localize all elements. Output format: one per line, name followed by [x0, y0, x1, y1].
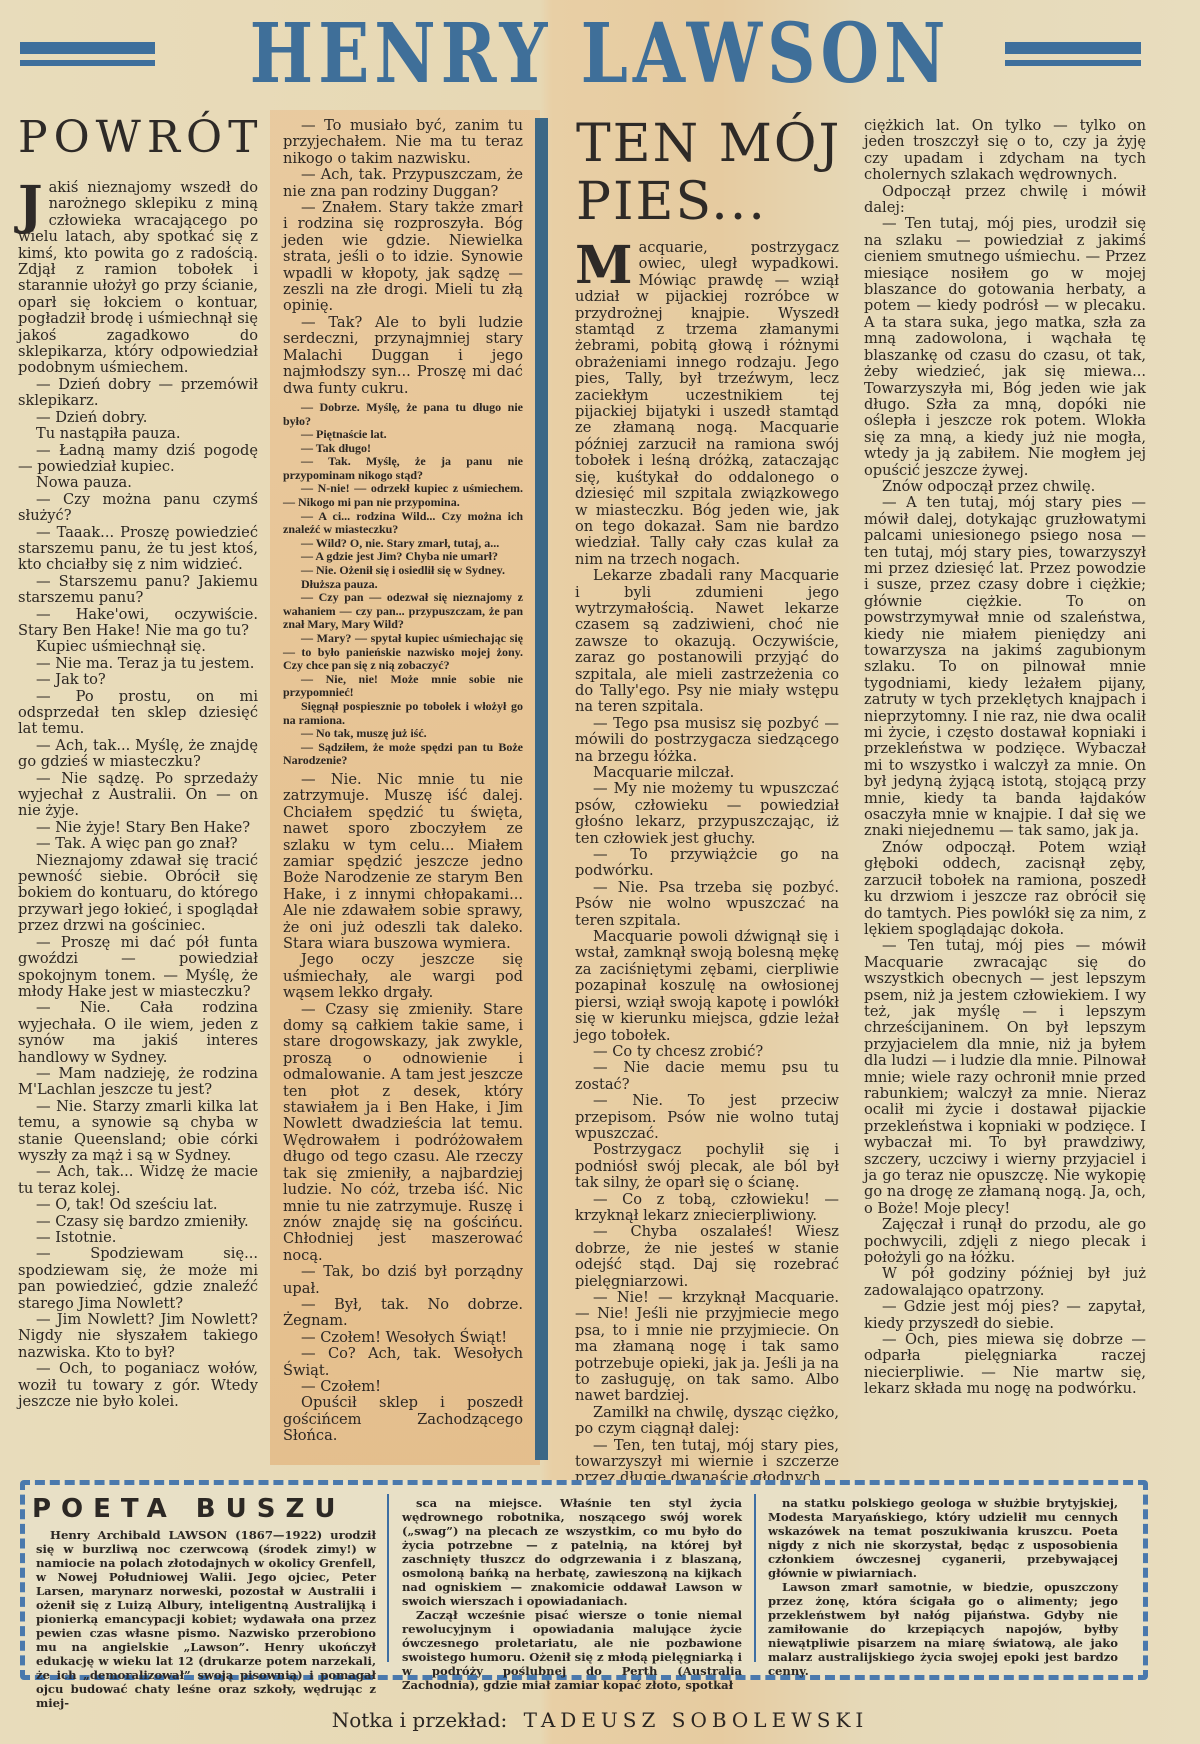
paragraph: — N-nie! — odrzekł kupiec z uśmiechem. —…: [283, 482, 523, 509]
story2-title-line1: TEN MÓJ: [576, 114, 841, 174]
story1-col2-small-text: — Dobrze. Myślę, że pana tu długo nie by…: [283, 401, 523, 768]
bio-box-column-2: sca na miejsce. Właśnie ten styl życia w…: [402, 1496, 742, 1692]
paragraph: Odpoczął przez chwilę i mówił dalej:: [864, 184, 1146, 217]
paragraph: — Tak. A więc pan go znał?: [18, 836, 258, 852]
paragraph: — Nie. Psa trzeba się pozbyć. Psów nie w…: [575, 880, 839, 929]
paragraph: Zaczął wcześnie pisać wiersze o tonie ni…: [402, 1608, 742, 1692]
paragraph: Znów odpoczął. Potem wziął głęboki oddec…: [864, 840, 1146, 938]
story1-column-1: J akiś nieznajomy wszedł do narożnego sk…: [18, 180, 258, 1410]
paragraph: — Tak długo!: [283, 442, 523, 456]
paragraph: — Ach, tak... Myślę, że znajdę go gdzieś…: [18, 738, 258, 771]
bio-box-title: POETA BUSZU: [32, 1494, 345, 1524]
translator-credit: Notka i przekład: TADEUSZ SOBOLEWSKI: [0, 1708, 1200, 1732]
paragraph: acquarie, postrzygacz owiec, uległ wypad…: [575, 240, 839, 568]
bio-box-column-3: na statku polskiego geologa w służbie br…: [768, 1496, 1118, 1678]
paragraph: — To musiało być, zanim tu przyjechałem.…: [283, 118, 523, 167]
story1-col2-bottom-text: — Nie. Nic mnie tu nie zatrzymuje. Muszę…: [283, 772, 523, 1445]
paragraph: — Dzień dobry — przemówił sklepikarz.: [18, 377, 258, 410]
story-title-ten-moj-pies: TEN MÓJ PIES...: [576, 115, 841, 231]
paragraph: — Nie. Nic mnie tu nie zatrzymuje. Muszę…: [283, 772, 523, 952]
page-title: HENRY LAWSON: [108, 14, 1092, 94]
paragraph: — Czasy się bardzo zmieniły.: [18, 1214, 258, 1230]
paragraph: — Tak. Myślę, że ja panu nie przypominam…: [283, 455, 523, 482]
paragraph: — Nie. Cała rodzina wyjechała. O ile wie…: [18, 1000, 258, 1066]
paragraph: — Czołem! Wesołych Świąt!: [283, 1330, 523, 1346]
paragraph: Zamilkł na chwilę, dysząc ciężko, po czy…: [575, 1405, 839, 1438]
paragraph: — Dobrze. Myślę, że pana tu długo nie by…: [283, 401, 523, 428]
story1-column-2: — To musiało być, zanim tu przyjechałem.…: [283, 118, 523, 1445]
paragraph: — Jak to?: [18, 672, 258, 688]
paragraph: Macquarie powoli dźwignął się i wstał, z…: [575, 929, 839, 1044]
paragraph: — Czołem!: [283, 1379, 523, 1395]
page-header: HENRY LAWSON: [0, 14, 1200, 94]
paragraph: — Nie, nie! Może mnie sobie nie przypomn…: [283, 673, 523, 700]
paragraph: — Znałem. Stary także zmarł i rodzina si…: [283, 200, 523, 315]
paragraph: — A ten tutaj, mój stary pies — mówił da…: [864, 495, 1146, 840]
paragraph: — Och, pies miewa się dobrze — odparła p…: [864, 1332, 1146, 1398]
paragraph: — Czy można panu czymś służyć?: [18, 492, 258, 525]
story2-col3-text: acquarie, postrzygacz owiec, uległ wypad…: [575, 240, 839, 1487]
column-divider: [535, 118, 548, 1460]
paragraph: — Mam nadzieję, że rodzina M'Lachlan jes…: [18, 1066, 258, 1099]
paragraph: — Starszemu panu? Jakiemu starszemu panu…: [18, 574, 258, 607]
paragraph: — Sądziłem, że może spędzi pan tu Boże N…: [283, 741, 523, 768]
paragraph: — A ci... rodzina Wild... Czy można ich …: [283, 510, 523, 537]
paragraph: Lawson zmarł samotnie, w biedzie, opuszc…: [768, 1580, 1118, 1678]
paragraph: — Wild? O, nie. Stary zmarł, tutaj, a...: [283, 537, 523, 551]
paragraph: — Po prostu, on mi odsprzedał ten sklep …: [18, 689, 258, 738]
paragraph: — To przywiążcie go na podwórku.: [575, 847, 839, 880]
paragraph: — Ach, tak. Przypuszczam, że nie zna pan…: [283, 167, 523, 200]
credit-label: Notka i przekład:: [332, 1708, 508, 1732]
paragraph: — Nie sądzę. Po sprzedaży wyjechał z Aus…: [18, 771, 258, 820]
story2-col4-text: ciężkich lat. On tylko — tylko on jeden …: [864, 118, 1146, 1398]
paragraph: — Mary? — spytał kupiec uśmiechając się …: [283, 632, 523, 673]
paragraph: — Ładną mamy dziś pogodę — powiedział ku…: [18, 443, 258, 476]
story1-col2-top-text: — To musiało być, zanim tu przyjechałem.…: [283, 118, 523, 397]
paragraph: — Dzień dobry.: [18, 410, 258, 426]
paragraph: — O, tak! Od sześciu lat.: [18, 1197, 258, 1213]
bio-box-column-1: Henry Archibald LAWSON (1867—1922) urodz…: [36, 1528, 376, 1710]
paragraph: Macquarie milczał.: [575, 765, 839, 781]
paragraph: — Chyba oszalałeś! Wiesz dobrze, że nie …: [575, 1224, 839, 1290]
paragraph: — Nie ma. Teraz ja tu jestem.: [18, 656, 258, 672]
paragraph: — Tak? Ale to byli ludzie serdeczni, prz…: [283, 315, 523, 397]
paragraph: ciężkich lat. On tylko — tylko on jeden …: [864, 118, 1146, 184]
translator-name: TADEUSZ SOBOLEWSKI: [524, 1708, 869, 1732]
paragraph: Tu nastąpiła pauza.: [18, 426, 258, 442]
paragraph: Nieznajomy zdawał się tracić pewność sie…: [18, 853, 258, 935]
paragraph: — Czy pan — odezwał się nieznajomy z wah…: [283, 591, 523, 632]
bio-separator-1: [387, 1494, 389, 1662]
paragraph: Jego oczy jeszcze się uśmiechały, ale wa…: [283, 952, 523, 1001]
story2-title-line2: PIES...: [576, 172, 767, 232]
paragraph: Lekarze zbadali rany Macquarie i byli zd…: [575, 568, 839, 716]
paragraph: — Jim Nowlett? Jim Nowlett? Nigdy nie sł…: [18, 1312, 258, 1361]
paragraph: — Nie. Starzy zmarli kilka lat temu, a s…: [18, 1099, 258, 1165]
paragraph: — My nie możemy tu wpuszczać psów, człow…: [575, 781, 839, 847]
story2-column-3: M acquarie, postrzygacz owiec, uległ wyp…: [575, 240, 839, 1487]
paragraph: — Czasy się zmieniły. Stare domy są całk…: [283, 1002, 523, 1265]
paragraph: — Co ty chcesz zrobić?: [575, 1044, 839, 1060]
paragraph: sca na miejsce. Właśnie ten styl życia w…: [402, 1496, 742, 1608]
dropcap-j: J: [18, 184, 43, 228]
paragraph: — Och, to poganiacz wołów, woził tu towa…: [18, 1361, 258, 1410]
paragraph: — Ten tutaj, mój pies — mówił Macquarie …: [864, 938, 1146, 1217]
paragraph: Kupiec uśmiechnął się.: [18, 639, 258, 655]
paragraph: — Gdzie jest mój pies? — zapytał, kiedy …: [864, 1299, 1146, 1332]
paragraph: Sięgnął pospiesznie po tobołek i włożył …: [283, 700, 523, 727]
paragraph: — Istotnie.: [18, 1230, 258, 1246]
paragraph: Dłuższa pauza.: [283, 578, 523, 592]
paragraph: — No tak, muszę już iść.: [283, 727, 523, 741]
paragraph: Znów odpoczął przez chwilę.: [864, 479, 1146, 495]
paragraph: — Taaak... Proszę powiedzieć starszemu p…: [18, 525, 258, 574]
paragraph: — Co? Ach, tak. Wesołych Świąt.: [283, 1346, 523, 1379]
paragraph: — Ten tutaj, mój pies, urodził się na sz…: [864, 216, 1146, 479]
paragraph: — Nie dacie memu psu tu zostać?: [575, 1060, 839, 1093]
paragraph: — Tak, bo dziś był porządny upał.: [283, 1264, 523, 1297]
paragraph: — Proszę mi dać pół funta gwoździ — powi…: [18, 935, 258, 1001]
story-title-powrot: POWRÓT: [18, 112, 263, 163]
bio-separator-2: [754, 1494, 756, 1662]
story1-col1-text: akiś nieznajomy wszedł do narożnego skle…: [18, 180, 258, 1410]
paragraph: — Nie żyje! Stary Ben Hake?: [18, 820, 258, 836]
paragraph: Opuścił sklep i poszedł gościńcem Zachod…: [283, 1395, 523, 1444]
paragraph: — Ach, tak... Widzę że macie tu teraz ko…: [18, 1164, 258, 1197]
paragraph: — Był, tak. No dobrze. Żegnam.: [283, 1297, 523, 1330]
paragraph: — Spodziewam się... spodziewam się, że m…: [18, 1246, 258, 1312]
paragraph: — Nie. Ożenił się i osiedlił się w Sydne…: [283, 564, 523, 578]
paragraph: akiś nieznajomy wszedł do narożnego skle…: [18, 180, 258, 377]
paragraph: — A gdzie jest Jim? Chyba nie umarł?: [283, 550, 523, 564]
paragraph: Henry Archibald LAWSON (1867—1922) urodz…: [36, 1528, 376, 1710]
story2-column-4: ciężkich lat. On tylko — tylko on jeden …: [864, 118, 1146, 1398]
paragraph: Nowa pauza.: [18, 475, 258, 491]
paragraph: — Co z tobą, człowieku! — krzyknął lekar…: [575, 1192, 839, 1225]
paragraph: W pół godziny później był już zadowalają…: [864, 1266, 1146, 1299]
paragraph: — Hake'owi, oczywiście. Stary Ben Hake! …: [18, 607, 258, 640]
paragraph: Zajęczał i runął do przodu, ale go pochw…: [864, 1217, 1146, 1266]
paragraph: — Nie. To jest przeciw przepisom. Psów n…: [575, 1093, 839, 1142]
paragraph: — Piętnaście lat.: [283, 428, 523, 442]
paragraph: — Tego psa musisz się pozbyć — mówili do…: [575, 716, 839, 765]
paragraph: — Nie! — krzyknął Macquarie. — Nie! Jeśl…: [575, 1290, 839, 1405]
paragraph: na statku polskiego geologa w służbie br…: [768, 1496, 1118, 1580]
dropcap-m: M: [575, 244, 633, 288]
paragraph: Postrzygacz pochylił się i podniósł swój…: [575, 1142, 839, 1191]
